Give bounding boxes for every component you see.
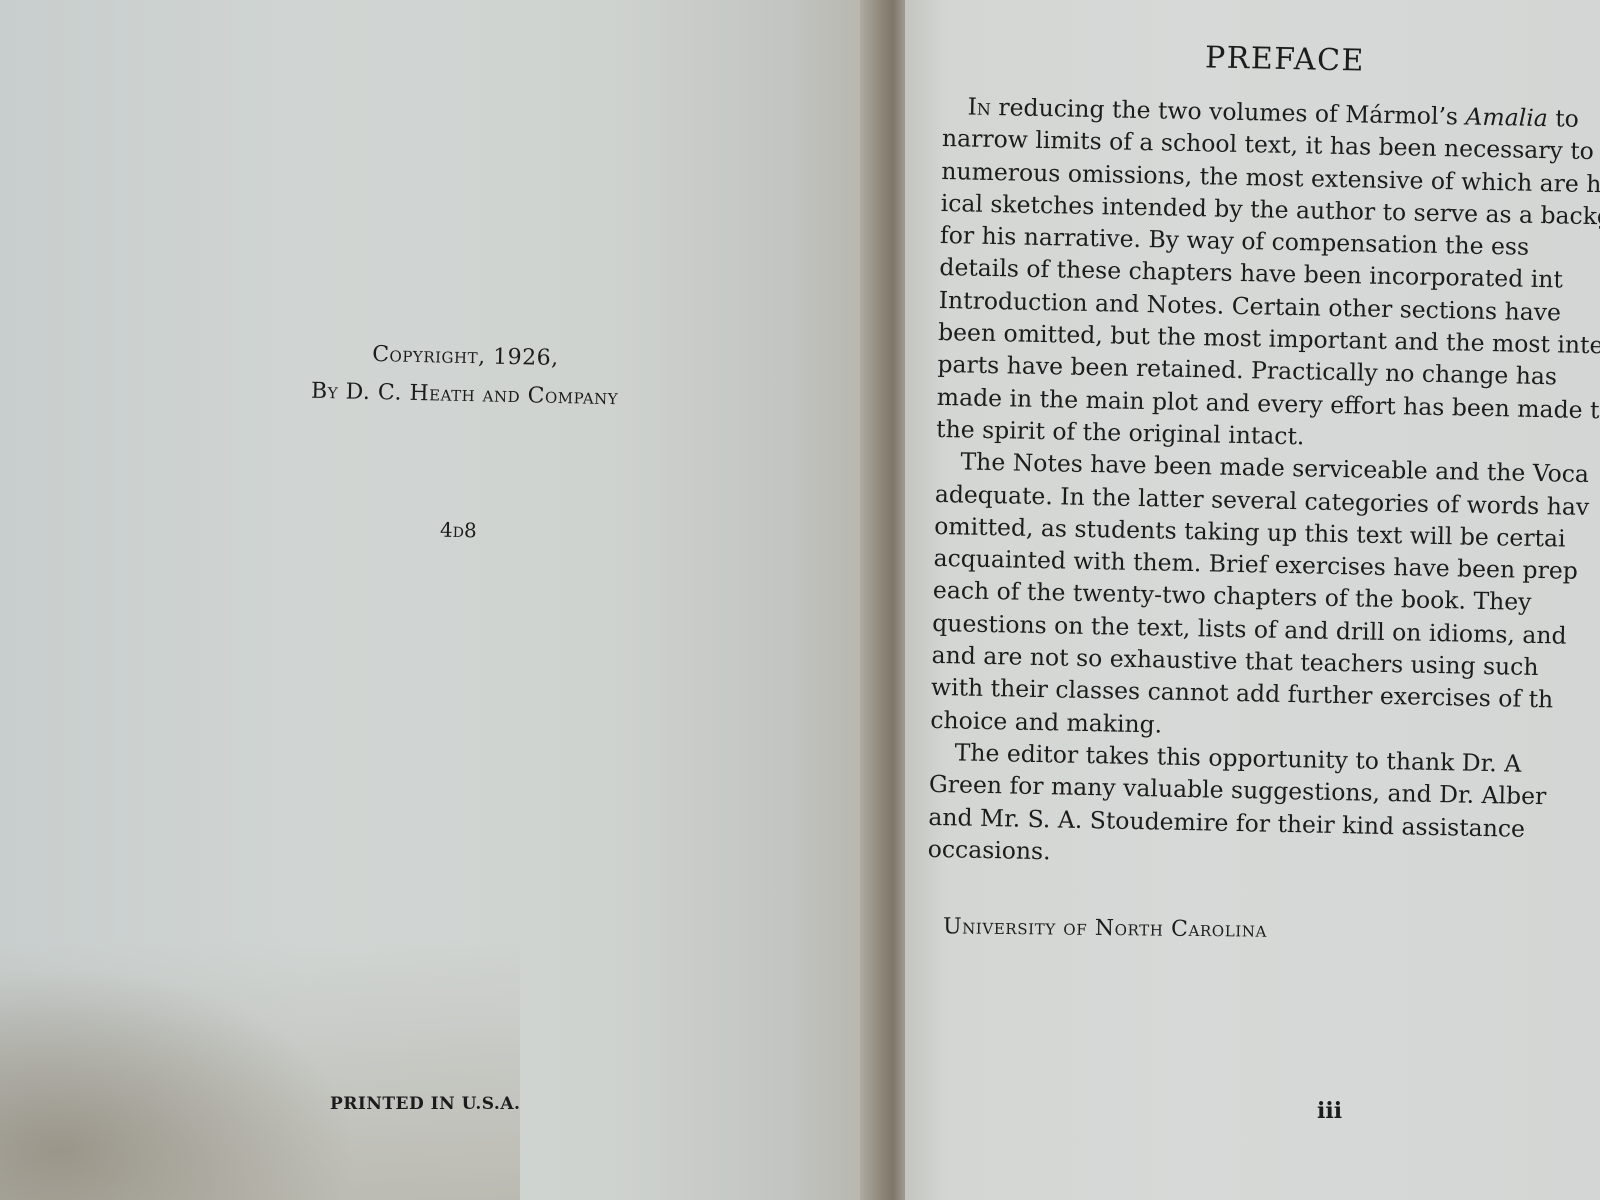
hand-shadow xyxy=(0,940,520,1200)
open-book-spread: Copyright, 1926, By D. C. Heath and Comp… xyxy=(0,0,1600,1200)
drop-lead: In xyxy=(967,93,991,121)
copyright-page: Copyright, 1926, By D. C. Heath and Comp… xyxy=(0,0,870,1200)
preface-paragraph-3: The editor takes this opportunity to tha… xyxy=(927,736,1600,880)
preface-paragraph-2: The Notes have been made serviceable and… xyxy=(930,445,1600,751)
preface-paragraph-1: In reducing the two volumes of Mármol’s … xyxy=(936,90,1600,460)
copyright-notice: Copyright, 1926, By D. C. Heath and Comp… xyxy=(249,334,680,419)
signature-affiliation: University of North Carolina xyxy=(943,914,1267,942)
printed-in-label: PRINTED IN U.S.A. xyxy=(330,1094,520,1114)
book-title-italic: Amalia xyxy=(1465,102,1548,132)
publisher-line: By D. C. Heath and Company xyxy=(249,371,680,418)
page-number: iii xyxy=(1317,1098,1342,1124)
preface-body: In reducing the two volumes of Mármol’s … xyxy=(927,90,1600,880)
page-title: PREFACE xyxy=(1205,40,1366,78)
print-code: 4d8 xyxy=(440,518,477,543)
line-fragment: to xyxy=(1548,104,1580,133)
preface-page: PREFACE In reducing the two volumes of M… xyxy=(905,0,1600,1200)
